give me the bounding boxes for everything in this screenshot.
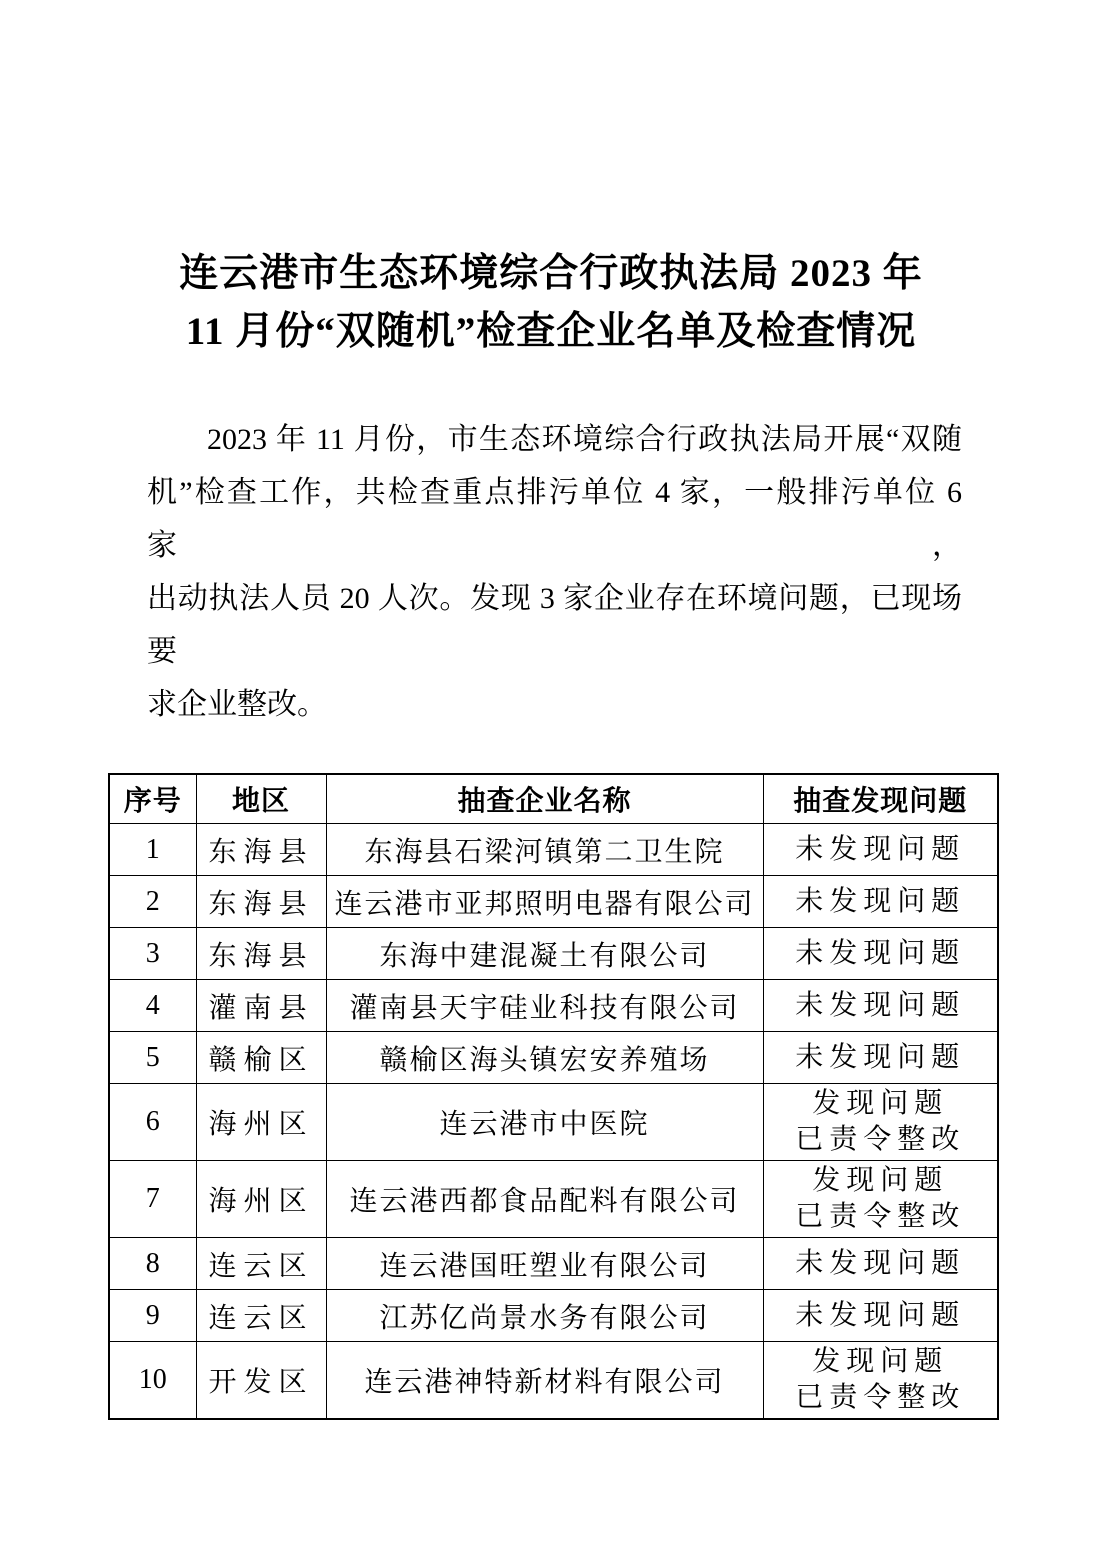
cell-region: 赣榆区 — [196, 1032, 326, 1084]
header-result: 抽查发现问题 — [763, 774, 998, 824]
cell-region: 东海县 — [196, 824, 326, 876]
cell-region: 开发区 — [196, 1342, 326, 1420]
cell-seq: 6 — [109, 1084, 196, 1161]
table-header-row: 序号 地区 抽查企业名称 抽查发现问题 — [109, 774, 998, 824]
table-row: 2 东海县 连云港市亚邦照明电器有限公司 未发现问题 — [109, 876, 998, 928]
cell-region: 连云区 — [196, 1290, 326, 1342]
table-row: 4 灌南县 灌南县天宇硅业科技有限公司 未发现问题 — [109, 980, 998, 1032]
inspection-table: 序号 地区 抽查企业名称 抽查发现问题 1 东海县 东海县石梁河镇第二卫生院 未… — [108, 773, 999, 1420]
cell-company: 东海县石梁河镇第二卫生院 — [326, 824, 763, 876]
cell-seq: 1 — [109, 824, 196, 876]
cell-seq: 7 — [109, 1161, 196, 1238]
intro-line: 出动执法人员 20 人次。发现 3 家企业存在环境问题，已现场要 — [147, 572, 962, 678]
intro-paragraph: 2023 年 11 月份，市生态环境综合行政执法局开展“双随 机”检查工作，共检… — [147, 413, 962, 731]
cell-region: 东海县 — [196, 876, 326, 928]
intro-line: 机”检查工作，共检查重点排污单位 4 家，一般排污单位 6 家， — [147, 466, 962, 572]
header-region: 地区 — [196, 774, 326, 824]
cell-company: 连云港市中医院 — [326, 1084, 763, 1161]
cell-region: 连云区 — [196, 1238, 326, 1290]
cell-result: 发现问题 已责令整改 — [763, 1084, 998, 1161]
cell-region: 灌南县 — [196, 980, 326, 1032]
intro-line: 求企业整改。 — [147, 678, 962, 731]
cell-company: 灌南县天宇硅业科技有限公司 — [326, 980, 763, 1032]
table-row: 5 赣榆区 赣榆区海头镇宏安养殖场 未发现问题 — [109, 1032, 998, 1084]
cell-seq: 10 — [109, 1342, 196, 1420]
header-company: 抽查企业名称 — [326, 774, 763, 824]
cell-company: 连云港西都食品配料有限公司 — [326, 1161, 763, 1238]
intro-line: 2023 年 11 月份，市生态环境综合行政执法局开展“双随 — [147, 413, 962, 466]
cell-result: 未发现问题 — [763, 1290, 998, 1342]
cell-company: 东海中建混凝土有限公司 — [326, 928, 763, 980]
cell-seq: 3 — [109, 928, 196, 980]
cell-seq: 8 — [109, 1238, 196, 1290]
document-page: 连云港市生态环境综合行政执法局 2023 年 11 月份“双随机”检查企业名单及… — [0, 0, 1102, 1559]
cell-seq: 9 — [109, 1290, 196, 1342]
document-title-line-1: 连云港市生态环境综合行政执法局 2023 年 — [0, 245, 1102, 303]
cell-result: 发现问题 已责令整改 — [763, 1161, 998, 1238]
table-row: 10 开发区 连云港神特新材料有限公司 发现问题 已责令整改 — [109, 1342, 998, 1420]
document-title: 连云港市生态环境综合行政执法局 2023 年 11 月份“双随机”检查企业名单及… — [0, 0, 1102, 361]
table-row: 9 连云区 江苏亿尚景水务有限公司 未发现问题 — [109, 1290, 998, 1342]
cell-company: 连云港市亚邦照明电器有限公司 — [326, 876, 763, 928]
cell-result: 未发现问题 — [763, 1238, 998, 1290]
cell-result: 未发现问题 — [763, 824, 998, 876]
cell-region: 东海县 — [196, 928, 326, 980]
cell-company: 连云港国旺塑业有限公司 — [326, 1238, 763, 1290]
header-seq: 序号 — [109, 774, 196, 824]
table-row: 7 海州区 连云港西都食品配料有限公司 发现问题 已责令整改 — [109, 1161, 998, 1238]
cell-seq: 4 — [109, 980, 196, 1032]
table-row: 1 东海县 东海县石梁河镇第二卫生院 未发现问题 — [109, 824, 998, 876]
table-row: 3 东海县 东海中建混凝土有限公司 未发现问题 — [109, 928, 998, 980]
cell-region: 海州区 — [196, 1161, 326, 1238]
cell-company: 赣榆区海头镇宏安养殖场 — [326, 1032, 763, 1084]
cell-result: 未发现问题 — [763, 876, 998, 928]
cell-company: 江苏亿尚景水务有限公司 — [326, 1290, 763, 1342]
table-row: 8 连云区 连云港国旺塑业有限公司 未发现问题 — [109, 1238, 998, 1290]
cell-seq: 5 — [109, 1032, 196, 1084]
cell-region: 海州区 — [196, 1084, 326, 1161]
cell-result: 发现问题 已责令整改 — [763, 1342, 998, 1420]
cell-company: 连云港神特新材料有限公司 — [326, 1342, 763, 1420]
cell-result: 未发现问题 — [763, 928, 998, 980]
cell-result: 未发现问题 — [763, 1032, 998, 1084]
cell-result: 未发现问题 — [763, 980, 998, 1032]
table-row: 6 海州区 连云港市中医院 发现问题 已责令整改 — [109, 1084, 998, 1161]
cell-seq: 2 — [109, 876, 196, 928]
document-title-line-2: 11 月份“双随机”检查企业名单及检查情况 — [0, 303, 1102, 361]
